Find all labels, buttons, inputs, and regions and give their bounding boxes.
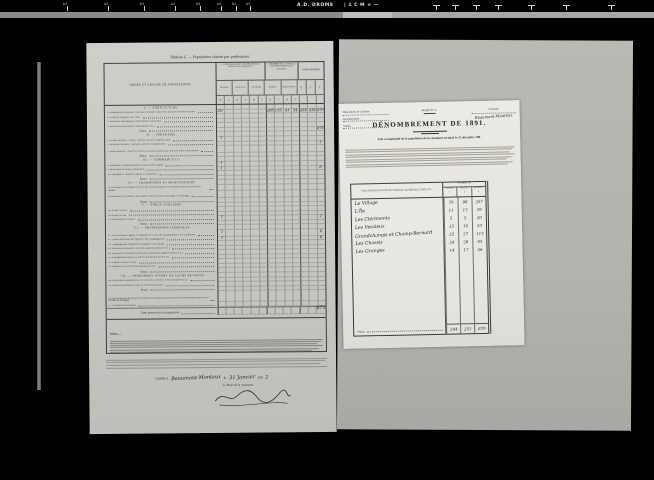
- handwritten-value: 434: [300, 109, 307, 113]
- instructions-fine-print: [345, 144, 514, 169]
- sex-col-header: H: [266, 95, 274, 103]
- handwritten-value: 1: [220, 216, 222, 220]
- handwritten-value: 41: [285, 109, 290, 113]
- ruler-band-right: [392, 12, 654, 18]
- subgroup-header: DOMESTIQUES: [280, 80, 296, 94]
- dotted-leader: [201, 151, 213, 152]
- handwritten-value: 20: [477, 214, 482, 219]
- handwritten-value: 5: [464, 215, 467, 220]
- table-cell: [307, 307, 315, 314]
- handwritten-value: 1: [220, 166, 222, 170]
- handwritten-value: 436: [308, 109, 315, 113]
- table-cell: [267, 291, 275, 302]
- table-cell: [276, 291, 284, 302]
- right-table-body: Le Village7086257L'Île111339Les Clérimon…: [351, 197, 488, 336]
- table-cell: [219, 308, 226, 315]
- column-header: MAISONS1: [443, 187, 457, 197]
- handwritten-value: 871: [316, 307, 325, 312]
- certify-date-handwritten: 31 Janvier: [229, 374, 255, 381]
- table-cell: [292, 290, 300, 301]
- left-head-row2: PATRONSEMPLOYÉSOUVRIERSFAMILLEDOMESTIQUE…: [217, 79, 324, 95]
- ruler-tick: A4: [221, 6, 222, 11]
- film-ruler: A.D. DROME | 1 C M = — D2A2D3A3D4A4D2A3: [0, 0, 654, 12]
- handwritten-value: 135: [275, 109, 282, 113]
- scale-label: | 1 C M = —: [344, 3, 379, 8]
- empty-cell: [473, 253, 488, 323]
- group1-header: 1. INDIVIDUS AYANT UNE PROFESSION (situa…: [216, 63, 264, 80]
- grand-total-label: Total général de la population: [107, 308, 219, 316]
- handwritten-name: Les Vessieux: [355, 224, 385, 231]
- dotted-leader: [192, 196, 214, 197]
- total-col-cell: [299, 95, 307, 103]
- ruler-tick-label: A3: [246, 2, 250, 6]
- table-cell: [291, 307, 299, 314]
- handwritten-value: 1: [220, 237, 222, 241]
- ruler-tick: A3: [250, 6, 251, 11]
- handwritten-name: Le Village: [354, 200, 378, 206]
- subgroup-header: EMPLOYÉS: [232, 81, 248, 95]
- handwritten-value: 6: [320, 230, 322, 234]
- column-name: MAISONS: [443, 188, 456, 190]
- ruler-tick: [608, 5, 615, 6]
- certify-year-digit: 2: [265, 374, 268, 380]
- certify-place-handwritten: Beaumont-Monteux: [171, 374, 221, 382]
- table-cell: [218, 291, 225, 302]
- table-cell: [283, 307, 291, 314]
- handwritten-value: 20: [218, 110, 223, 114]
- ruler-tick: D2: [236, 6, 237, 11]
- table-cell: [234, 291, 242, 302]
- subgroup-header: FAMILLE: [264, 80, 280, 94]
- handwritten-value: 26: [463, 239, 468, 244]
- handwritten-name: Les Chassis: [355, 240, 383, 247]
- handwritten-total: 251: [464, 326, 472, 331]
- empty-cell: [459, 253, 474, 323]
- totals-row: Totaux244251870: [354, 323, 488, 336]
- handwritten-value: 11: [449, 207, 454, 212]
- footnotes: [106, 356, 327, 370]
- column-name: HABITANTS: [472, 187, 485, 189]
- handwritten-value: 1: [220, 231, 222, 235]
- handwritten-value: 25: [449, 231, 454, 236]
- handwritten-value: 16: [463, 223, 468, 228]
- ruler-tick: A2: [108, 6, 109, 11]
- table-cell: [251, 302, 259, 307]
- ruler-tick-label: A4: [217, 2, 221, 6]
- handwritten-value: 1: [220, 137, 222, 141]
- stub-header: ORDRE ET GROUPE DE PROFESSIONS: [104, 63, 216, 105]
- nota-label: NOTA. —: [110, 332, 122, 335]
- ruler-band-mid: [343, 12, 392, 18]
- handwritten-value: 257: [475, 198, 483, 203]
- handwritten-value: 14: [449, 247, 454, 252]
- handwritten-name: L'Île: [355, 209, 366, 215]
- right-document: Département de la Drôme Arrondissement C…: [338, 100, 524, 349]
- column-number: 2: [458, 190, 471, 193]
- total-cell: 244: [446, 323, 460, 333]
- ruler-band-left: [0, 12, 343, 18]
- left-document: Tableau C. — Population classée par prof…: [86, 41, 336, 434]
- ruler-tick: [473, 5, 480, 6]
- handwritten-value: 24: [449, 239, 454, 244]
- table-cell: [250, 307, 258, 314]
- ruler-tick: A3: [175, 6, 176, 11]
- handwritten-value: 5: [450, 215, 453, 220]
- nota-block: NOTA. —: [107, 317, 326, 353]
- ruler-tick-label: A2: [104, 2, 108, 6]
- dotted-leader: [181, 313, 214, 314]
- certify-year-printed: 189: [258, 376, 263, 380]
- handwritten-name: Les Clérimonts: [355, 216, 390, 223]
- table-cell: [284, 302, 292, 307]
- subgroup-header: PATRONS: [217, 81, 232, 95]
- sex-col-header: H: [249, 96, 257, 104]
- certify-le: le: [224, 376, 226, 380]
- table-cell: [301, 290, 309, 301]
- handwritten-value: 15: [449, 223, 454, 228]
- dotted-leader: [367, 330, 443, 333]
- ruler-tick-label: D2: [63, 2, 67, 6]
- column-header: MÉNAGES2: [457, 187, 472, 197]
- handwritten-value: 6: [320, 236, 322, 240]
- table-cell: [275, 307, 283, 314]
- column-number: 1: [443, 191, 456, 194]
- column-header: HABITANTS3: [471, 186, 486, 196]
- signer-title: Le Maire de la commune,: [223, 383, 254, 387]
- total-cell: 251: [460, 323, 474, 333]
- handwritten-value: 8: [320, 166, 322, 170]
- table-cell: [309, 290, 317, 301]
- table-cell: [259, 302, 267, 307]
- illegible-text-line: [106, 366, 327, 369]
- certify-prefix: Certifié à: [155, 376, 168, 380]
- ruler-tick: D3: [144, 6, 145, 11]
- left-table-body: I. — AGRICULTURE1. Propriétaires exploit…: [105, 104, 326, 316]
- handwritten-value: 86: [462, 199, 467, 204]
- right-col-headers: MAISONS1MÉNAGES2HABITANTS3: [443, 186, 485, 196]
- ruler-tick: [433, 5, 440, 6]
- dotted-leader: [138, 305, 214, 307]
- table-cell: [219, 302, 226, 307]
- handwritten-value: 27: [463, 231, 468, 236]
- left-document-title: Tableau C. — Population classée par prof…: [86, 53, 333, 60]
- table-cell: [267, 302, 275, 307]
- total-col-cell: [307, 95, 315, 103]
- empty-label: [353, 254, 446, 326]
- sex-col-header: F: [257, 96, 265, 104]
- handwritten-name: Les Granges: [355, 248, 384, 255]
- ruler-tick-label: D2: [232, 2, 236, 6]
- microfilm-frame: A.D. DROME | 1 C M = — D2A2D3A3D4A4D2A3 …: [0, 0, 654, 480]
- handwritten-value: 39: [477, 206, 482, 211]
- table-cell: [234, 302, 242, 307]
- table-cell: [276, 302, 284, 307]
- table-cell: [226, 291, 234, 302]
- ruler-tick: [563, 5, 570, 6]
- handwritten-total: 244: [450, 326, 458, 331]
- illegible-text-line: [110, 350, 312, 353]
- certification-line: Certifié à Beaumont-Monteux le 31 Janvie…: [89, 374, 336, 382]
- ruler-tick: D2: [67, 6, 68, 11]
- handwritten-value: 93: [477, 238, 482, 243]
- subgroup-header: OUVRIERS: [248, 81, 264, 95]
- handwritten-value: 1: [319, 141, 321, 145]
- handwritten-value: 870: [317, 127, 324, 131]
- handwritten-value: 113: [476, 230, 484, 235]
- group2-header: 2. MEMBRES DE LA FAMILLE ET DOMESTIQUES …: [264, 62, 298, 79]
- column-number: 3: [472, 190, 485, 193]
- table-cell: [226, 302, 234, 307]
- total-col-cell: [316, 95, 324, 103]
- table-cell: [226, 308, 234, 315]
- left-head-row3: HFHFHFHFHF: [217, 94, 324, 104]
- table-cell: [243, 302, 251, 307]
- nota-fine-print: [110, 339, 323, 354]
- ruler-tick: [495, 5, 502, 6]
- dotted-leader: [211, 300, 215, 301]
- table-cell: [242, 307, 250, 314]
- table-cell: [301, 301, 309, 306]
- sex-col-header: H: [282, 95, 290, 103]
- ruler-tick: [452, 5, 459, 6]
- handwritten-value: 13: [463, 207, 468, 212]
- film-page-edge: [37, 62, 41, 390]
- table-cell: [284, 291, 292, 302]
- table-cell: [259, 291, 267, 302]
- handwritten-value: 53: [477, 222, 482, 227]
- handwritten-value: 34: [293, 109, 298, 113]
- ruler-tick: D4: [200, 6, 201, 11]
- professions-table: ORDRE ET GROUPE DE PROFESSIONS 1. INDIVI…: [103, 61, 327, 354]
- empty-cell: [445, 253, 460, 323]
- total-cell: 870: [474, 323, 488, 333]
- table-header: ORDRE ET GROUPE DE PROFESSIONS 1. INDIVI…: [104, 62, 323, 106]
- dotted-leader: [198, 235, 214, 236]
- title-rule: [413, 130, 447, 134]
- table-cell: [309, 301, 317, 306]
- table-cell: [292, 301, 300, 306]
- ruler-tick-label: D4: [196, 2, 200, 6]
- ruler-tick-label: D3: [140, 2, 144, 6]
- dotted-leader: [197, 112, 212, 113]
- dotted-leader: [210, 189, 214, 190]
- double-rule: [487, 181, 491, 334]
- sex-col-header: F: [241, 96, 249, 104]
- handwritten-value: 56: [477, 246, 482, 251]
- census-subtitle: État récapitulatif de la population de l…: [354, 134, 506, 141]
- handwritten-value: 1: [320, 215, 322, 219]
- sex-col-header: F: [274, 95, 282, 103]
- handwritten-value: 17: [463, 247, 468, 252]
- handwritten-total: 870: [478, 326, 486, 331]
- total-col-header: H.: [296, 80, 305, 94]
- total-col-header: F.: [305, 80, 314, 94]
- table-cell: [267, 307, 275, 314]
- sex-col-header: F: [224, 96, 232, 104]
- handwritten-value: 208: [267, 109, 274, 113]
- table-cell: [299, 307, 307, 314]
- sex-col-header: H: [232, 96, 240, 104]
- total-col-header: T.: [315, 80, 324, 94]
- table-cell: 871: [315, 307, 325, 314]
- column-name: MÉNAGES: [458, 187, 471, 189]
- total-general-header: TOTAL GÉNÉRAL: [298, 62, 324, 79]
- handwritten-value: 70: [448, 199, 453, 204]
- sex-col-header: F: [291, 95, 299, 103]
- handwritten-value: 870: [317, 109, 324, 113]
- table-cell: [251, 291, 259, 302]
- table-cell: [242, 291, 250, 302]
- totaux-label: Totaux: [354, 324, 446, 336]
- table-cell: [234, 307, 242, 314]
- ruler-tick: [528, 5, 535, 6]
- mayor-signature: [213, 387, 291, 413]
- empty-rows: [353, 253, 488, 326]
- designation-header: DÉSIGNATION DES SECTIONS, HAMEAUX, QUART…: [351, 183, 443, 199]
- archive-label: A.D. DROME: [297, 3, 334, 8]
- ruler-tick-label: A3: [171, 2, 175, 6]
- sex-col-header: H: [217, 96, 224, 104]
- table-cell: [317, 290, 325, 301]
- table-cell: [258, 307, 266, 314]
- localities-table: DÉSIGNATION DES SECTIONS, HAMEAUX, QUART…: [350, 181, 489, 337]
